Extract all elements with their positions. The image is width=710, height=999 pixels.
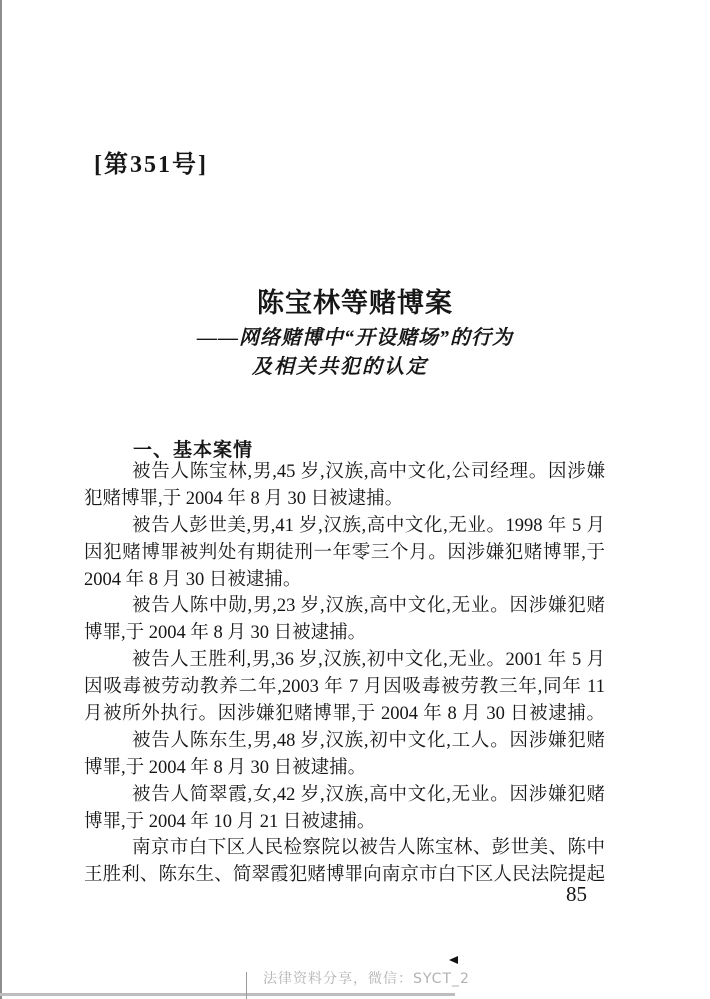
- body-text-line: 王胜利、陈东生、简翠霞犯赌博罪向南京市白下区人民法院提起公: [84, 862, 605, 889]
- body-text: 被告人陈宝林,男,45 岁,汉族,高中文化,公司经理。因涉嫌 犯赌博罪,于 20…: [84, 459, 605, 889]
- body-text-line: 因犯赌博罪被判处有期徒刑一年零三个月。因涉嫌犯赌博罪,于: [84, 540, 605, 567]
- body-text-line: 被告人王胜利,男,36 岁,汉族,初中文化,无业。2001 年 5 月: [84, 647, 605, 674]
- watermark-divider-line: [246, 972, 247, 999]
- body-text-line: 被告人陈宝林,男,45 岁,汉族,高中文化,公司经理。因涉嫌: [84, 459, 605, 486]
- body-text-line: 被告人陈中勋,男,23 岁,汉族,高中文化,无业。因涉嫌犯赌: [84, 593, 605, 620]
- case-number: [第351号]: [94, 144, 208, 179]
- ink-mark-artifact: [449, 956, 458, 964]
- body-text-line: 南京市白下区人民检察院以被告人陈宝林、彭世美、陈中勋、: [84, 835, 605, 862]
- body-text-line: 被告人彭世美,男,41 岁,汉族,高中文化,无业。1998 年 5 月: [84, 513, 605, 540]
- scan-bottom-edge-line: [0, 993, 455, 996]
- body-text-line: 被告人陈东生,男,48 岁,汉族,初中文化,工人。因涉嫌犯赌: [84, 728, 605, 755]
- section-heading: 一、基本案情: [133, 435, 253, 462]
- scanned-book-page: [第351号] 陈宝林等赌博案 ——网络赌博中“开设赌场”的行为 及相关共犯的认…: [0, 0, 710, 999]
- body-text-line: 月被所外执行。因涉嫌犯赌博罪,于 2004 年 8 月 30 日被逮捕。: [84, 701, 605, 728]
- body-text-line: 博罪,于 2004 年 10 月 21 日被逮捕。: [84, 809, 605, 836]
- body-text-line: 被告人简翠霞,女,42 岁,汉族,高中文化,无业。因涉嫌犯赌: [84, 782, 605, 809]
- scan-left-edge-line: [0, 0, 2, 999]
- body-text-line: 因吸毒被劳动教养二年,2003 年 7 月因吸毒被劳教三年,同年 11: [84, 674, 605, 701]
- watermark-text: 法律资料分享，微信：SYCT_2: [263, 968, 470, 988]
- body-text-line: 犯赌博罪,于 2004 年 8 月 30 日被逮捕。: [84, 486, 605, 513]
- case-subtitle-line1: ——网络赌博中“开设赌场”的行为: [0, 321, 710, 350]
- body-text-line: 博罪,于 2004 年 8 月 30 日被逮捕。: [84, 755, 605, 782]
- case-subtitle-line2: 及相关共犯的认定: [0, 350, 680, 379]
- page-number: 85: [566, 882, 587, 907]
- body-text-line: 博罪,于 2004 年 8 月 30 日被逮捕。: [84, 620, 605, 647]
- case-title: 陈宝林等赌博案: [0, 281, 710, 320]
- body-text-line: 2004 年 8 月 30 日被逮捕。: [84, 567, 605, 594]
